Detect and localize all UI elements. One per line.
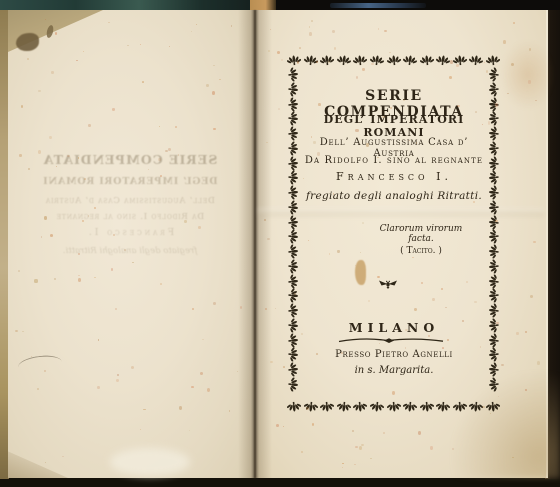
- imprint-publisher: Presso Pietro Agnelli: [303, 349, 485, 360]
- imprint-address: in s. Margarita.: [303, 365, 485, 376]
- bleed-tagline: fregiato degli analoghi Ritratti.: [28, 246, 232, 256]
- fleuron-icon: [488, 170, 500, 185]
- fleuron-icon: [287, 333, 299, 348]
- fleuron-icon: [485, 400, 500, 412]
- fleuron-icon: [286, 54, 301, 66]
- fleuron-icon: [336, 400, 351, 412]
- fleuron-icon: [488, 377, 500, 392]
- fleuron-icon: [488, 244, 500, 259]
- fleuron-icon: [488, 156, 500, 171]
- fleuron-icon: [287, 111, 299, 126]
- book-subtitle: DEGL’ IMPERATORI ROMANI: [303, 113, 485, 139]
- bleed-dedication-3: Francesco I.: [28, 228, 232, 238]
- fleuron-icon: [287, 347, 299, 362]
- fleuron-icon: [287, 200, 299, 215]
- fleuron-icon: [369, 400, 384, 412]
- fleuron-icon: [287, 362, 299, 377]
- fleuron-icon: [488, 126, 500, 141]
- fleuron-icon: [386, 400, 401, 412]
- fleuron-icon: [485, 54, 500, 66]
- fleuron-icon: [320, 400, 335, 412]
- swash-rule: [336, 336, 446, 345]
- epigraph: Clarorum virorum facta. ( Tacito. ): [366, 224, 476, 256]
- fleuron-icon: [287, 96, 299, 111]
- fleuron-icon: [488, 347, 500, 362]
- gutter-crease: [254, 10, 256, 478]
- fleuron-icon: [419, 54, 434, 66]
- fleuron-icon: [320, 54, 335, 66]
- fleuron-icon: [287, 244, 299, 259]
- fleuron-icon: [488, 67, 500, 82]
- epigraph-attribution: ( Tacito. ): [366, 246, 476, 256]
- imprint-city: MILANO: [303, 320, 485, 335]
- bleed-title-2: DEGL’ IMPERATORI ROMANI: [28, 176, 232, 187]
- fleuron-icon: [436, 54, 451, 67]
- bleed-title-1: SERIE COMPENDIATA: [28, 152, 232, 167]
- fleuron-icon: [287, 303, 299, 318]
- fleuron-icon: [287, 170, 299, 185]
- fleuron-icon: [369, 54, 384, 67]
- fleuron-icon: [303, 54, 318, 67]
- fleuron-icon: [287, 215, 299, 230]
- fleuron-icon: [402, 54, 417, 67]
- fleuron-icon: [488, 96, 500, 111]
- fleuron-icon: [287, 185, 299, 200]
- fleuron-icon: [287, 259, 299, 274]
- fleuron-icon: [436, 400, 451, 412]
- bleed-dedication-1: Dell’ Augustissima Casa d’ Austria: [28, 196, 232, 206]
- fleuron-icon: [386, 54, 401, 66]
- tagline: fregiato degli analoghi Ritratti.: [303, 190, 485, 202]
- bleed-through-text: SERIE COMPENDIATA DEGL’ IMPERATORI ROMAN…: [28, 152, 232, 256]
- fleuron-icon: [488, 215, 500, 230]
- fleuron-icon: [287, 156, 299, 171]
- faint-blue-marking: [330, 3, 426, 8]
- fleuron-icon: [287, 82, 299, 97]
- fleuron-icon: [303, 400, 318, 412]
- fleuron-icon: [452, 400, 467, 412]
- open-book-photo: SERIE COMPENDIATA DEGL’ IMPERATORI ROMAN…: [0, 0, 560, 487]
- fleuron-icon: [488, 185, 500, 200]
- fleuron-icon: [488, 288, 500, 303]
- fleuron-icon: [287, 318, 299, 333]
- moth-fleuron-ornament: [377, 278, 399, 290]
- fleuron-icon: [287, 141, 299, 156]
- fleuron-icon: [287, 229, 299, 244]
- fleuron-icon: [287, 377, 299, 392]
- fleuron-icon: [353, 54, 368, 66]
- epigraph-text: Clarorum virorum facta.: [366, 224, 476, 244]
- fleuron-icon: [488, 303, 500, 318]
- fleuron-icon: [336, 54, 351, 67]
- fleuron-icon: [403, 400, 418, 412]
- dedication-line-2: Da Ridolfo I. sino al regnante: [303, 155, 485, 166]
- fleuron-icon: [353, 400, 368, 412]
- fleuron-icon: [488, 111, 500, 126]
- fleuron-icon: [488, 141, 500, 156]
- fleuron-icon: [488, 82, 500, 97]
- fleuron-icon: [488, 318, 500, 333]
- fleuron-icon: [469, 54, 484, 67]
- fleuron-icon: [469, 400, 484, 412]
- fleuron-icon: [287, 274, 299, 289]
- fleuron-icon: [287, 126, 299, 141]
- fleuron-icon: [452, 54, 467, 66]
- fleuron-icon: [488, 274, 500, 289]
- fleuron-icon: [419, 400, 434, 412]
- fleuron-icon: [488, 362, 500, 377]
- fleuron-icon: [488, 200, 500, 215]
- bleed-dedication-2: Da Ridolfo I. sino al regnante: [28, 212, 232, 222]
- fleuron-icon: [488, 333, 500, 348]
- fleuron-icon: [488, 259, 500, 274]
- fleuron-icon: [287, 67, 299, 82]
- dedication-line-3: Francesco I.: [303, 170, 485, 183]
- fleuron-icon: [287, 288, 299, 303]
- fleuron-icon: [488, 229, 500, 244]
- fleuron-icon: [286, 400, 301, 412]
